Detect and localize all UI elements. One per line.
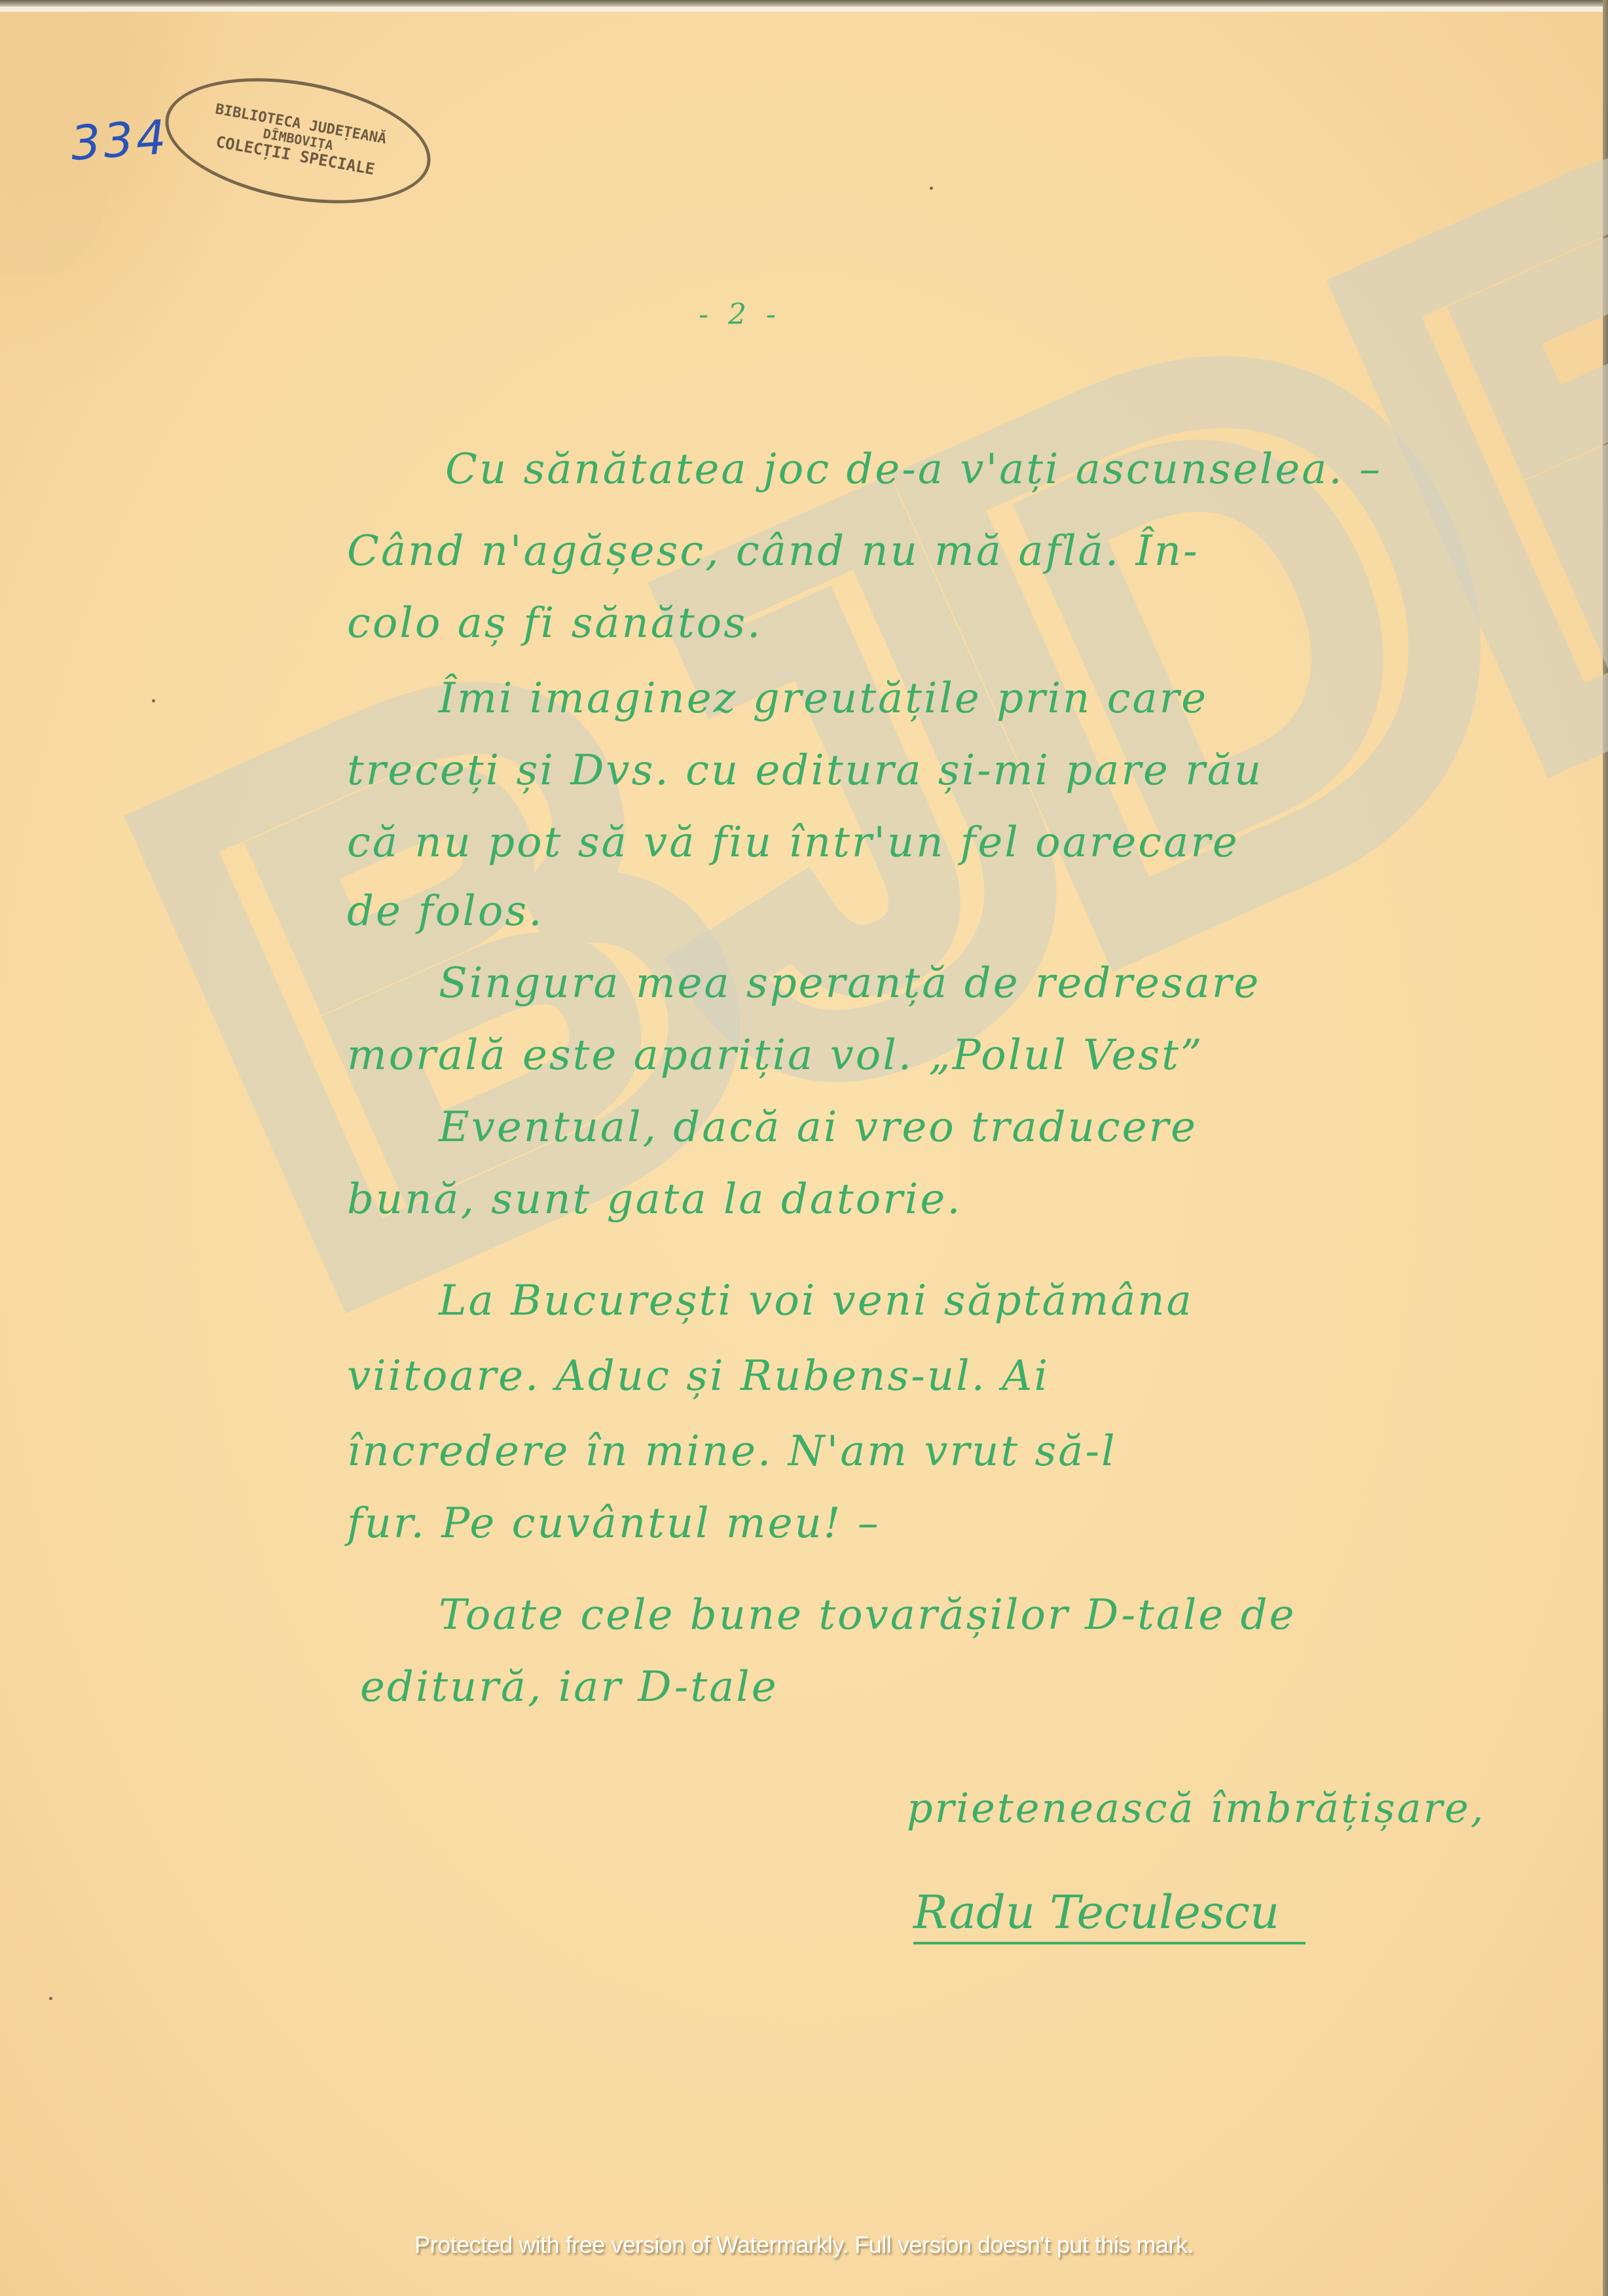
paper-speck [152,699,155,702]
body-line: Singura mea speranță de redresare [439,959,1260,1008]
catalog-number: 334 [69,109,170,171]
body-line: Îmi imaginez greutățile prin care [439,674,1208,723]
scan-top-strip [0,7,1608,12]
body-line: morală este apariția vol. „Polul Vest” [347,1031,1204,1080]
body-line: încredere în mine. N'am vrut să-l [347,1427,1117,1476]
paper-speck [49,1997,52,2000]
body-line: bună, sunt gata la datorie. [347,1175,962,1224]
body-line: Când n'agășesc, când nu mă află. În- [347,527,1199,575]
body-line: treceți și Dvs. cu editura și-mi pare ră… [347,746,1263,795]
body-line: Eventual, dacă ai vreo traducere [439,1103,1197,1152]
body-line: editură, iar D-tale [360,1663,778,1711]
body-line: viitoare. Aduc și Rubens-ul. Ai [347,1352,1050,1400]
page-number: - 2 - [674,298,805,331]
body-line: La București voi veni săptămâna [439,1277,1194,1325]
scan-top-edge [0,0,1608,7]
paper-speck [930,187,933,190]
signature: Radu Teculescu [913,1886,1306,1944]
watermark-notice: Protected with free version of Watermark… [0,2231,1608,2259]
body-line: Toate cele bune tovarășilor D-tale de [439,1591,1296,1639]
body-line: că nu pot să vă fiu într'un fel oarecare [347,818,1239,867]
body-line: de folos. [347,887,544,936]
body-line: Cu sănătatea joc de-a v'ați ascunselea. … [445,445,1382,494]
scan-right-edge [1603,0,1608,2296]
body-line: fur. Pe cuvântul meu! – [347,1499,881,1548]
closing-line: prietenească îmbrățișare, [907,1784,1486,1832]
body-line: colo aș fi sănătos. [347,599,762,647]
